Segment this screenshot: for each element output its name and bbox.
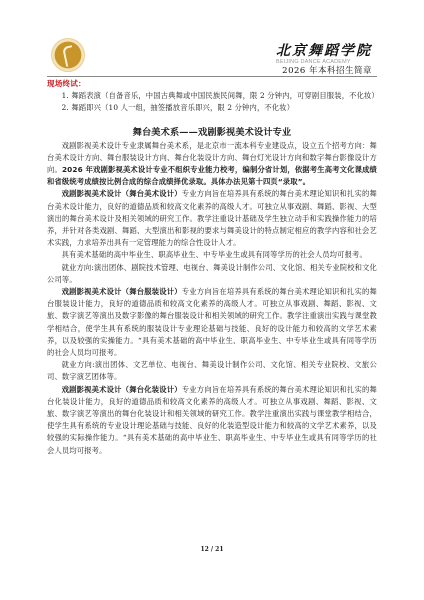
page-content: 现场终试： 1. 舞蹈表演（自备音乐，中国古典舞或中国民族民间舞，限 2 分钟内…: [47, 78, 377, 457]
intro-bold-text: 2026 年戏剧影视美术设计专业不组织专业能力校考，编制分省计划，依据考生高考文…: [47, 165, 377, 186]
paragraph-makeup-design: 戏剧影视美术设计（舞台化装设计）专业方向旨在培养具有系统的舞台美术理论知识和扎实…: [47, 384, 377, 457]
paragraph-eligibility: 具有美术基础的高中毕业生、职高毕业生、中专毕业生或具有同等学历的社会人员均可报考…: [47, 249, 377, 261]
para-text: 具有美术基础的高中毕业生、职高毕业生、中专毕业生或具有同等学历的社会人员均可报考…: [62, 250, 367, 259]
para-bold-lead: 戏剧影视美术设计（舞台美术设计）: [62, 189, 182, 198]
para-text: 就业方向:演出团体、文艺单位、电视台、舞美设计制作公司、文化馆、相关专业院校、文…: [47, 360, 377, 381]
para-text: 专业方向旨在培养具有系统的舞台美术理论知识和扎实的舞台化装设计能力，良好的道德品…: [47, 385, 377, 455]
section-heading-final-exam: 现场终试：: [47, 78, 377, 90]
para-text: 专业方向旨在培养具有系统的舞台美术理论知识和扎实的舞台服装设计能力，良好的道德品…: [47, 287, 377, 357]
intro-paragraph: 戏剧影视美术设计专业隶属舞台美术系，是北京市一流本科专业建设点，设立五个招考方向…: [47, 140, 377, 189]
para-bold-lead: 戏剧影视美术设计（舞台服装设计）: [62, 287, 182, 296]
document-page: 北京舞蹈学院 BEIJING DANCE ACADEMY 2026 年本科招生简…: [0, 0, 424, 600]
paragraph-stage-design: 戏剧影视美术设计（舞台美术设计）专业方向旨在培养具有系统的舞台美术理论知识和扎实…: [47, 188, 377, 249]
brand-block: 北京舞蹈学院 BEIJING DANCE ACADEMY 2026 年本科招生简…: [276, 44, 372, 77]
academy-logo-icon: [52, 39, 84, 71]
paragraph-costume-design: 戏剧影视美术设计（舞台服装设计）专业方向旨在培养具有系统的舞台美术理论知识和扎实…: [47, 286, 377, 359]
header-divider: [47, 76, 377, 77]
brand-name-cn: 北京舞蹈学院: [276, 44, 372, 59]
page-number: 12 / 21: [0, 546, 424, 553]
exam-item-2: 2. 舞蹈即兴（10 人一组，抽签播放音乐即兴，限 2 分钟内，不化妆）: [47, 102, 377, 114]
paragraph-employment-costume: 就业方向:演出团体、文艺单位、电视台、舞美设计制作公司、文化馆、相关专业院校、文…: [47, 359, 377, 383]
exam-item-1: 1. 舞蹈表演（自备音乐，中国古典舞或中国民族民间舞，限 2 分钟内，可穿剧目服…: [47, 90, 377, 102]
paragraph-employment: 就业方向:演出团体、剧院技术管理、电视台、舞美设计制作公司、文化馆、相关专业院校…: [47, 262, 377, 286]
section-title-stage-art: 舞台美术系——戏剧影视美术设计专业: [47, 126, 377, 139]
brand-name-en: BEIJING DANCE ACADEMY: [276, 59, 372, 66]
para-bold-lead: 戏剧影视美术设计（舞台化装设计）: [62, 385, 182, 394]
para-text: 就业方向:演出团体、剧院技术管理、电视台、舞美设计制作公司、文化馆、相关专业院校…: [47, 263, 377, 284]
